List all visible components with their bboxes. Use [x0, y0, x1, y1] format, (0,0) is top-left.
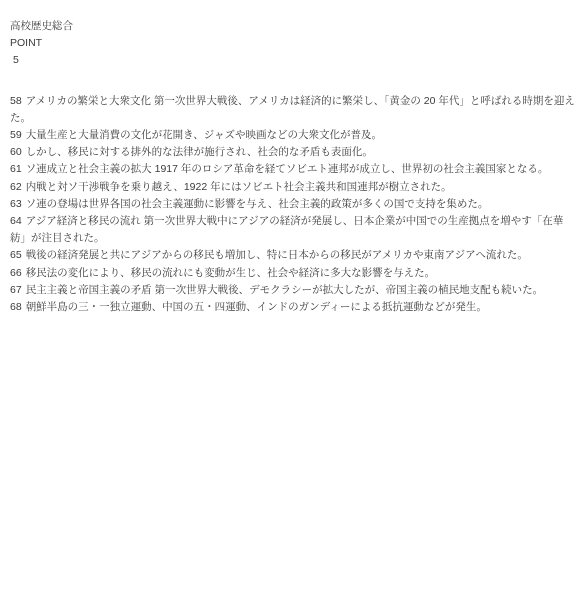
point-text: 戦後の経済発展と共にアジアからの移民も増加し、特に日本からの移民がアメリカや東南… — [26, 249, 528, 261]
page-number: 5 — [10, 52, 578, 69]
point-item: 65戦後の経済発展と共にアジアからの移民も増加し、特に日本からの移民がアメリカや… — [10, 247, 578, 264]
point-item: 67民主主義と帝国主義の矛盾 第一次世界大戦後、デモクラシーが拡大したが、帝国主… — [10, 282, 578, 299]
point-item: 61ソ連成立と社会主義の拡大 1917 年のロシア革命を経てソビエト連邦が成立し… — [10, 161, 578, 178]
point-text: ソ連の登場は世界各国の社会主義運動に影響を与え、社会主義的政策が多くの国で支持を… — [26, 198, 489, 210]
point-item: 68朝鮮半島の三・一独立運動、中国の五・四運動、インドのガンディーによる抵抗運動… — [10, 299, 578, 316]
point-number: 65 — [10, 249, 22, 261]
point-text: 移民法の変化により、移民の流れにも変動が生じ、社会や経済に多大な影響を与えた。 — [26, 267, 436, 279]
point-text: 大量生産と大量消費の文化が花開き、ジャズや映画などの大衆文化が普及。 — [26, 129, 382, 141]
document-page: 高校歴史総合 POINT 5 58アメリカの繁栄と大衆文化 第一次世界大戦後、ア… — [0, 0, 588, 600]
point-number: 59 — [10, 129, 22, 141]
section-label: POINT — [10, 35, 578, 52]
point-text: アジア経済と移民の流れ 第一次世界大戦中にアジアの経済が発展し、日本企業が中国で… — [10, 215, 563, 244]
point-text: 内戦と対ソ干渉戦争を乗り越え、1922 年にはソビエト社会主義共和国連邦が樹立さ… — [26, 181, 452, 193]
point-number: 62 — [10, 181, 22, 193]
point-number: 60 — [10, 146, 22, 158]
point-item: 62内戦と対ソ干渉戦争を乗り越え、1922 年にはソビエト社会主義共和国連邦が樹… — [10, 179, 578, 196]
point-text: しかし、移民に対する排外的な法律が施行され、社会的な矛盾も表面化。 — [26, 146, 373, 158]
point-item: 64アジア経済と移民の流れ 第一次世界大戦中にアジアの経済が発展し、日本企業が中… — [10, 213, 578, 247]
points-list: 58アメリカの繁栄と大衆文化 第一次世界大戦後、アメリカは経済的に繁栄し、「黄金… — [10, 93, 578, 317]
point-text: 民主主義と帝国主義の矛盾 第一次世界大戦後、デモクラシーが拡大したが、帝国主義の… — [26, 284, 543, 296]
point-text: アメリカの繁栄と大衆文化 第一次世界大戦後、アメリカは経済的に繁栄し、「黄金の … — [10, 95, 575, 124]
point-number: 64 — [10, 215, 22, 227]
point-number: 63 — [10, 198, 22, 210]
point-text: ソ連成立と社会主義の拡大 1917 年のロシア革命を経てソビエト連邦が成立し、世… — [26, 163, 549, 175]
point-number: 61 — [10, 163, 22, 175]
point-number: 66 — [10, 267, 22, 279]
point-number: 58 — [10, 95, 22, 107]
course-title: 高校歴史総合 — [10, 18, 578, 35]
point-text: 朝鮮半島の三・一独立運動、中国の五・四運動、インドのガンディーによる抵抗運動など… — [26, 301, 487, 313]
point-item: 58アメリカの繁栄と大衆文化 第一次世界大戦後、アメリカは経済的に繁栄し、「黄金… — [10, 93, 578, 127]
point-number: 67 — [10, 284, 22, 296]
point-item: 63ソ連の登場は世界各国の社会主義運動に影響を与え、社会主義的政策が多くの国で支… — [10, 196, 578, 213]
point-item: 60しかし、移民に対する排外的な法律が施行され、社会的な矛盾も表面化。 — [10, 144, 578, 161]
document-header: 高校歴史総合 POINT 5 — [10, 18, 578, 70]
point-item: 66移民法の変化により、移民の流れにも変動が生じ、社会や経済に多大な影響を与えた… — [10, 265, 578, 282]
point-item: 59大量生産と大量消費の文化が花開き、ジャズや映画などの大衆文化が普及。 — [10, 127, 578, 144]
point-number: 68 — [10, 301, 22, 313]
